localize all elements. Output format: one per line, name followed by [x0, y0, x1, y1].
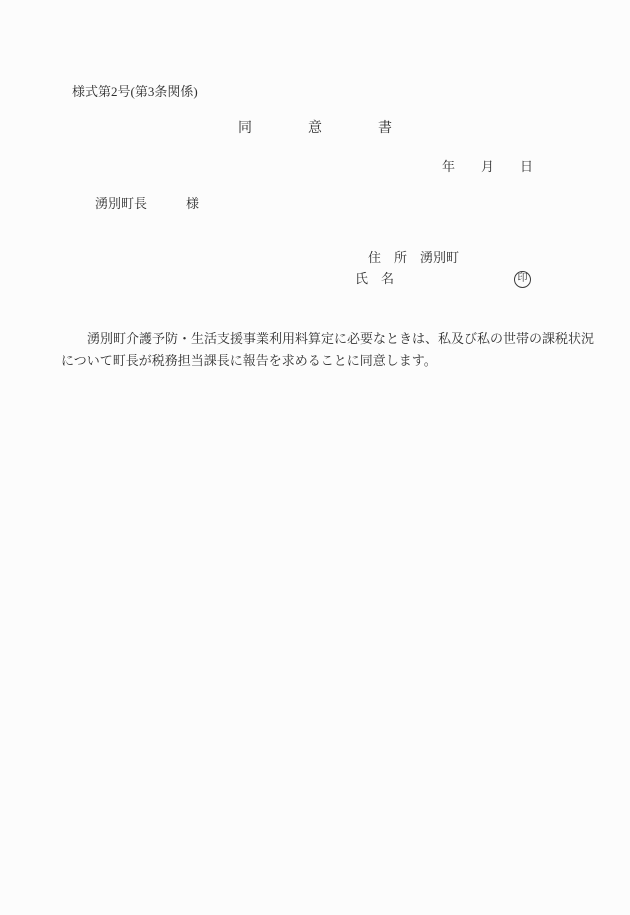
consent-form-page: 様式第2号(第3条関係) 同 意 書 年 月 日 湧別町長 様 住 所湧別町 氏…	[0, 0, 630, 915]
document-title: 同 意 書	[0, 120, 630, 138]
date-fields: 年 月 日	[442, 159, 533, 175]
addressee: 湧別町長 様	[95, 196, 199, 212]
seal-label: 印	[518, 274, 528, 284]
address-label: 住 所	[368, 250, 407, 265]
seal-mark-icon: 印	[514, 271, 531, 288]
consent-body-paragraph: 湧別町介護予防・生活支援事業利用料算定に必要なときは、私及び私の世帯の課税状況に…	[61, 328, 596, 372]
form-number: 様式第2号(第3条関係)	[72, 84, 198, 100]
name-line: 氏 名 印	[355, 270, 531, 288]
address-value: 湧別町	[420, 250, 459, 265]
name-label: 氏 名	[355, 270, 394, 288]
